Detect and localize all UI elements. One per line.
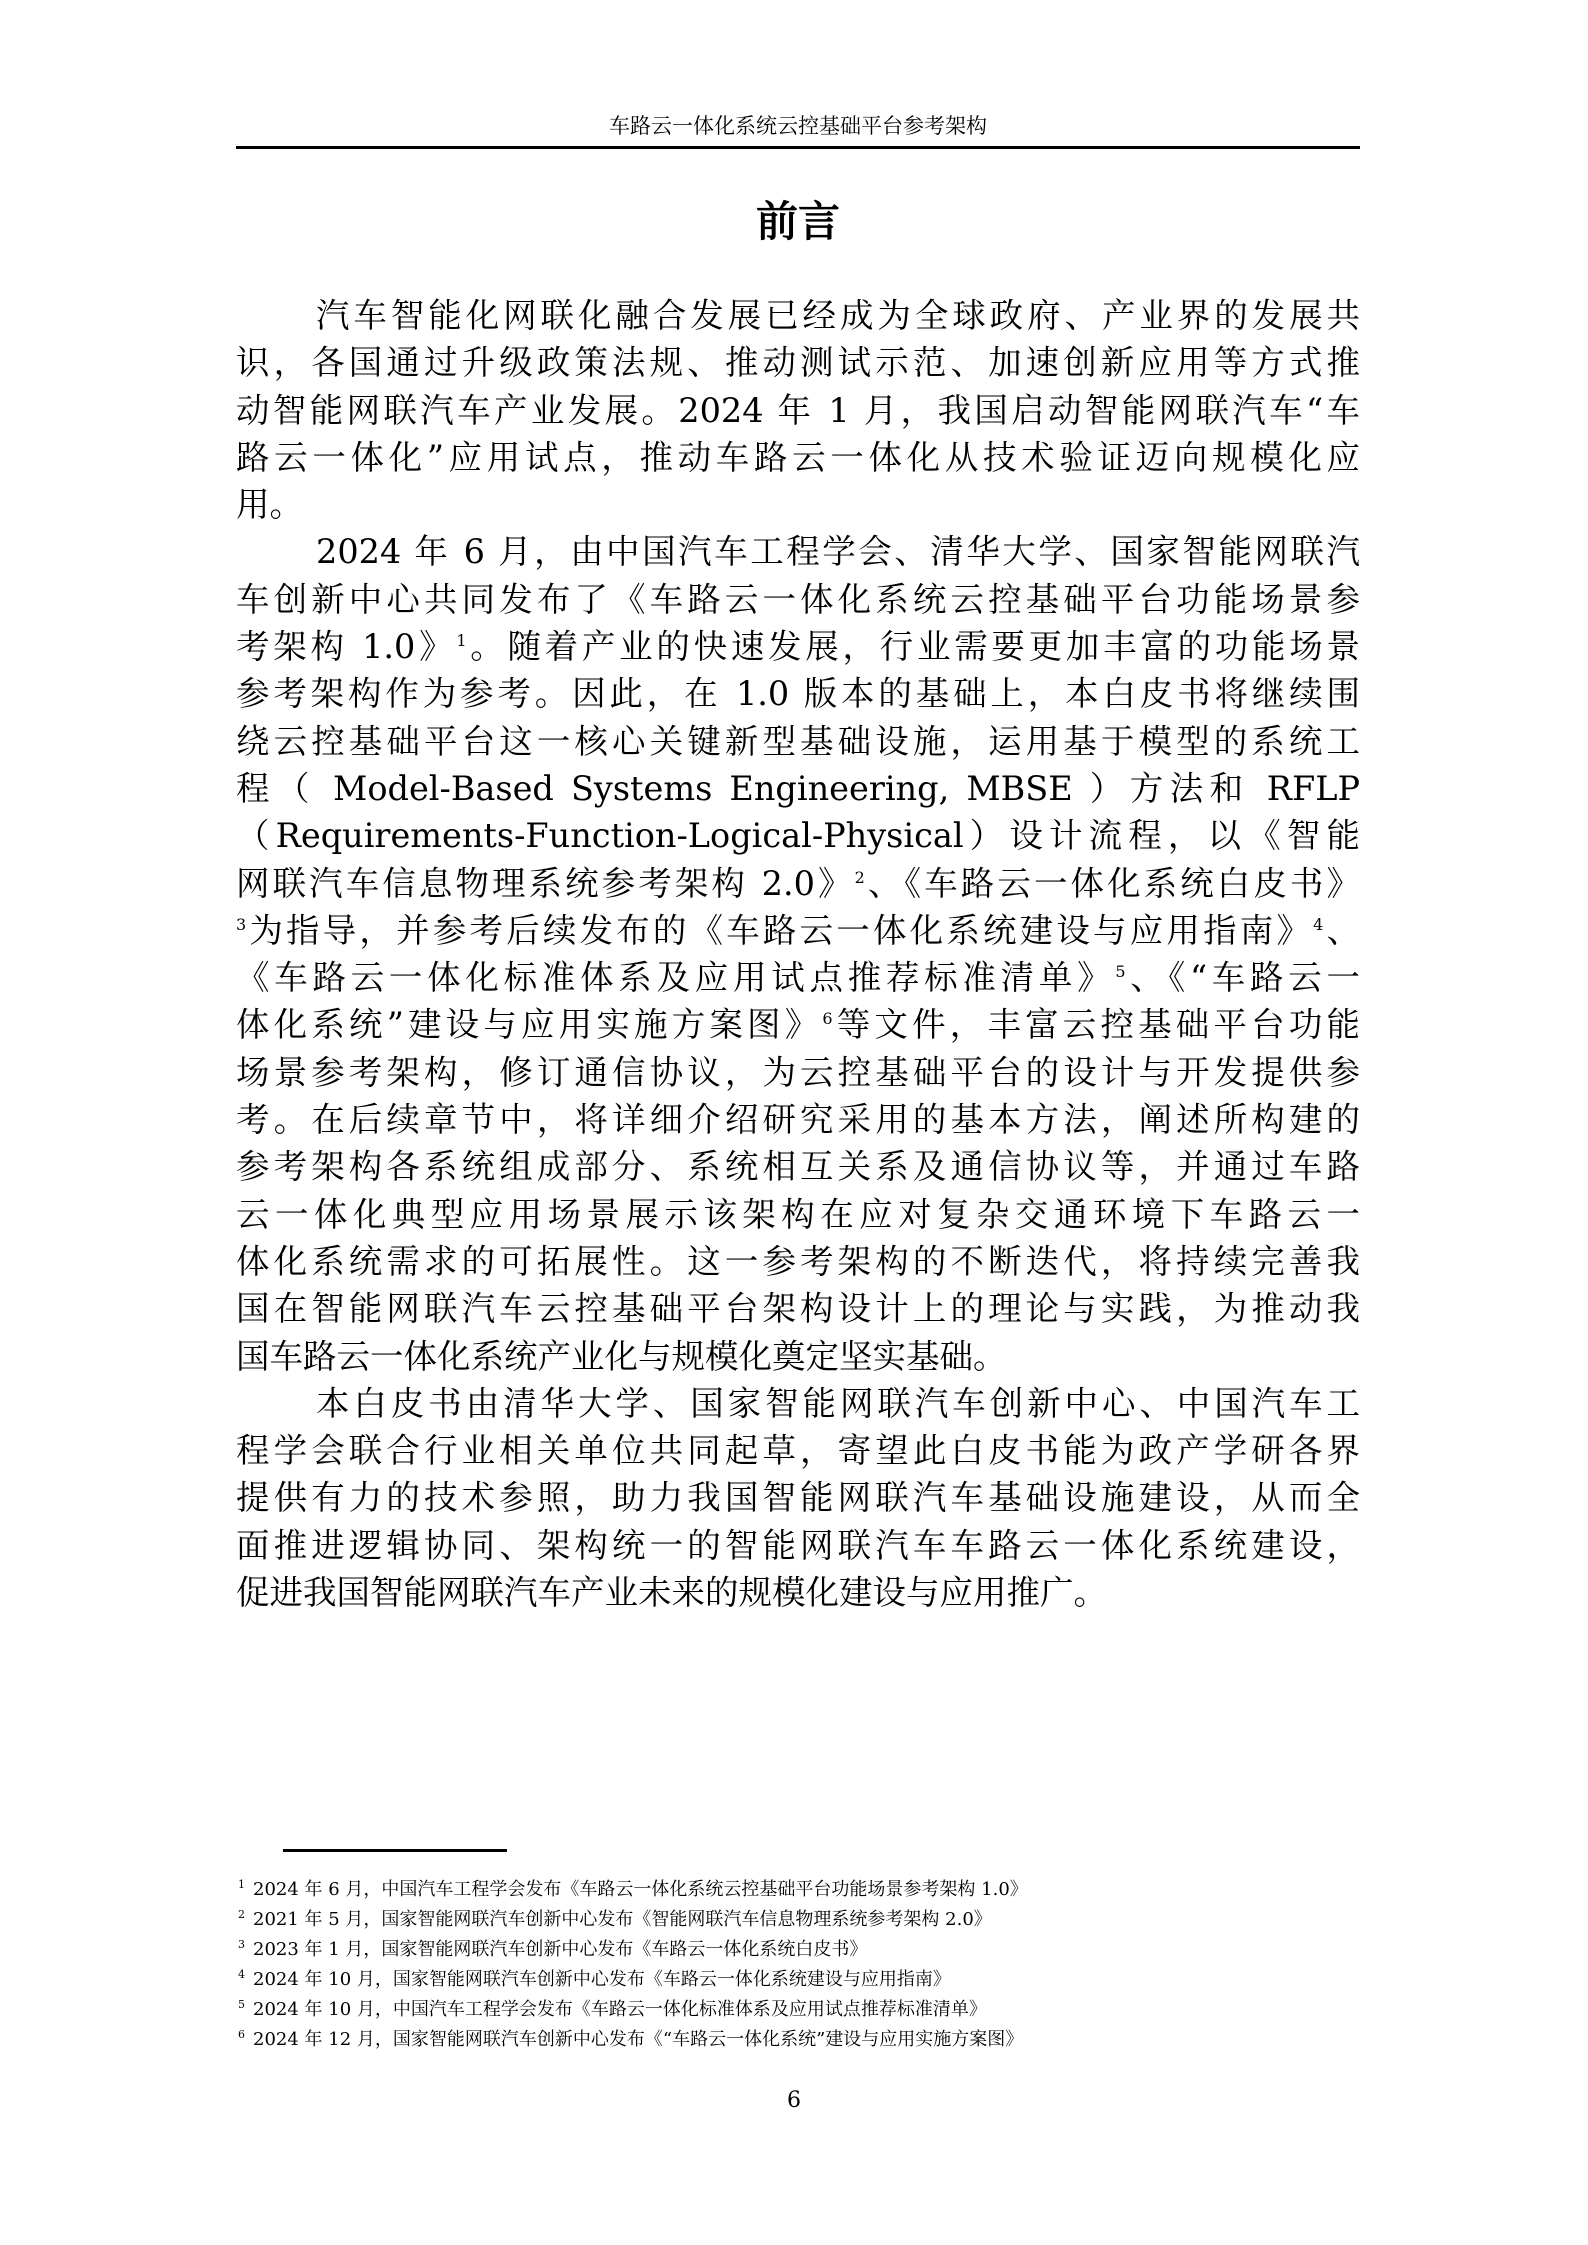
paragraph-1-line: 路云一体化”应用试点，推动车路云一体化从技术验证迈向规模化应 [236, 434, 1360, 481]
paragraph-2-line: 2024 年 6 月，由中国汽车工程学会、清华大学、国家智能网联汽 [236, 528, 1360, 575]
footnote-ref[interactable]: 1 [456, 631, 466, 650]
paragraph-2-line: 参考架构作为参考。因此，在 1.0 版本的基础上，本白皮书将继续围 [236, 670, 1360, 717]
footnote-text: 2024 年 12 月，国家智能网联汽车创新中心发布《“车路云一体化系统”建设与… [253, 2029, 1023, 2050]
footnote-number: 2 [238, 1908, 245, 1921]
paragraph-3-line: 提供有力的技术参照，助力我国智能网联汽车基础设施建设，从而全 [236, 1474, 1360, 1521]
paragraph-2-line: 考架构 1.0》1。随着产业的快速发展，行业需要更加丰富的功能场景 [236, 623, 1360, 670]
paragraph-2-line: 网联汽车信息物理系统参考架构 2.0》2、《车路云一体化系统白皮书》 [236, 860, 1360, 907]
text-segment: 网联汽车信息物理系统参考架构 2.0》 [236, 864, 855, 903]
text-segment: 《车路云一体化标准体系及应用试点推荐标准清单》 [236, 958, 1115, 997]
footnote-number: 5 [238, 1998, 245, 2011]
body-text: 汽车智能化网联化融合发展已经成为全球政府、产业界的发展共 识，各国通过升级政策法… [236, 292, 1360, 1616]
footnote-item: 52024 年 10 月，中国汽车工程学会发布《车路云一体化标准体系及应用试点推… [238, 1992, 1028, 2022]
text-segment: 为指导，并参考后续发布的《车路云一体化系统建设与应用指南》 [246, 911, 1313, 950]
paragraph-2-line: 绕云控基础平台这一核心关键新型基础设施，运用基于模型的系统工 [236, 718, 1360, 765]
paragraph-2-line: （Requirements-Function-Logical-Physical）… [236, 812, 1360, 859]
footnote-number: 6 [238, 2028, 245, 2041]
footnote-ref[interactable]: 2 [855, 867, 865, 886]
footnote-item: 62024 年 12 月，国家智能网联汽车创新中心发布《“车路云一体化系统”建设… [238, 2022, 1028, 2052]
footnote-ref[interactable]: 4 [1313, 915, 1323, 934]
text-segment: 、《车路云一体化系统白皮书》 [865, 864, 1360, 903]
paragraph-3-line: 程学会联合行业相关单位共同起草，寄望此白皮书能为政产学研各界 [236, 1427, 1360, 1474]
paragraph-1-line: 动智能网联汽车产业发展。2024 年 1 月，我国启动智能网联汽车“车 [236, 387, 1360, 434]
paragraph-2-line: 3为指导，并参考后续发布的《车路云一体化系统建设与应用指南》4、 [236, 907, 1360, 954]
footnote-item: 42024 年 10 月，国家智能网联汽车创新中心发布《车路云一体化系统建设与应… [238, 1962, 1028, 1992]
paragraph-2-line: 车创新中心共同发布了《车路云一体化系统云控基础平台功能场景参 [236, 576, 1360, 623]
paragraph-2-line: 场景参考架构，修订通信协议，为云控基础平台的设计与开发提供参 [236, 1049, 1360, 1096]
footnote-item: 32023 年 1 月，国家智能网联汽车创新中心发布《车路云一体化系统白皮书》 [238, 1932, 1028, 1962]
header-rule [236, 146, 1360, 149]
section-title: 前言 [236, 194, 1360, 250]
footnote-number: 4 [238, 1968, 245, 1981]
paragraph-2-line: 《车路云一体化标准体系及应用试点推荐标准清单》5、《“车路云一 [236, 954, 1360, 1001]
footnote-text: 2024 年 6 月，中国汽车工程学会发布《车路云一体化系统云控基础平台功能场景… [253, 1879, 1028, 1900]
paragraph-2-line: 参考架构各系统组成部分、系统相互关系及通信协议等，并通过车路 [236, 1143, 1360, 1190]
paragraph-3-line: 面推进逻辑协同、架构统一的智能网联汽车车路云一体化系统建设， [236, 1522, 1360, 1569]
footnote-text: 2024 年 10 月，中国汽车工程学会发布《车路云一体化标准体系及应用试点推荐… [253, 1999, 987, 2020]
text-segment: 等文件，丰富云控基础平台功能 [833, 1005, 1360, 1044]
footnotes: 12024 年 6 月，中国汽车工程学会发布《车路云一体化系统云控基础平台功能场… [238, 1872, 1028, 2052]
paragraph-2-line: 国在智能网联汽车云控基础平台架构设计上的理论与实践，为推动我 [236, 1285, 1360, 1332]
footnote-number: 3 [238, 1938, 245, 1951]
paragraph-1-line: 用。 [236, 481, 1360, 528]
text-segment: 、《“车路云一 [1126, 958, 1361, 997]
footnote-separator [283, 1849, 507, 1852]
text-segment: 。随着产业的快速发展，行业需要更加丰富的功能场景 [467, 627, 1361, 666]
page-number: 6 [0, 2088, 1588, 2113]
paragraph-2-line: 国车路云一体化系统产业化与规模化奠定坚实基础。 [236, 1333, 1360, 1380]
footnote-item: 22021 年 5 月，国家智能网联汽车创新中心发布《智能网联汽车信息物理系统参… [238, 1902, 1028, 1932]
paragraph-3-line: 本白皮书由清华大学、国家智能网联汽车创新中心、中国汽车工 [236, 1380, 1360, 1427]
paragraph-1-line: 识，各国通过升级政策法规、推动测试示范、加速创新应用等方式推 [236, 339, 1360, 386]
running-header: 车路云一体化系统云控基础平台参考架构 [236, 112, 1360, 140]
text-segment: 考架构 1.0》 [236, 627, 456, 666]
footnote-ref[interactable]: 6 [822, 1009, 832, 1028]
footnote-number: 1 [238, 1878, 245, 1891]
paragraph-2-line: 考。在后续章节中，将详细介绍研究采用的基本方法，阐述所构建的 [236, 1096, 1360, 1143]
footnote-item: 12024 年 6 月，中国汽车工程学会发布《车路云一体化系统云控基础平台功能场… [238, 1872, 1028, 1902]
paragraph-2-line: 程（ Model-Based Systems Engineering, MBSE… [236, 765, 1360, 812]
footnote-ref[interactable]: 5 [1115, 962, 1125, 981]
paragraph-2-line: 体化系统”建设与应用实施方案图》6等文件，丰富云控基础平台功能 [236, 1001, 1360, 1048]
paragraph-2-line: 体化系统需求的可拓展性。这一参考架构的不断迭代，将持续完善我 [236, 1238, 1360, 1285]
footnote-text: 2024 年 10 月，国家智能网联汽车创新中心发布《车路云一体化系统建设与应用… [253, 1969, 951, 1990]
text-segment: 、 [1323, 911, 1360, 950]
paragraph-3-line: 促进我国智能网联汽车产业未来的规模化建设与应用推广。 [236, 1569, 1360, 1616]
paragraph-2-line: 云一体化典型应用场景展示该架构在应对复杂交通环境下车路云一 [236, 1191, 1360, 1238]
text-segment: 体化系统”建设与应用实施方案图》 [236, 1005, 822, 1044]
footnote-text: 2021 年 5 月，国家智能网联汽车创新中心发布《智能网联汽车信息物理系统参考… [253, 1909, 992, 1930]
paragraph-1-line: 汽车智能化网联化融合发展已经成为全球政府、产业界的发展共 [236, 292, 1360, 339]
footnote-ref[interactable]: 3 [236, 915, 246, 934]
footnote-text: 2023 年 1 月，国家智能网联汽车创新中心发布《车路云一体化系统白皮书》 [253, 1939, 867, 1960]
